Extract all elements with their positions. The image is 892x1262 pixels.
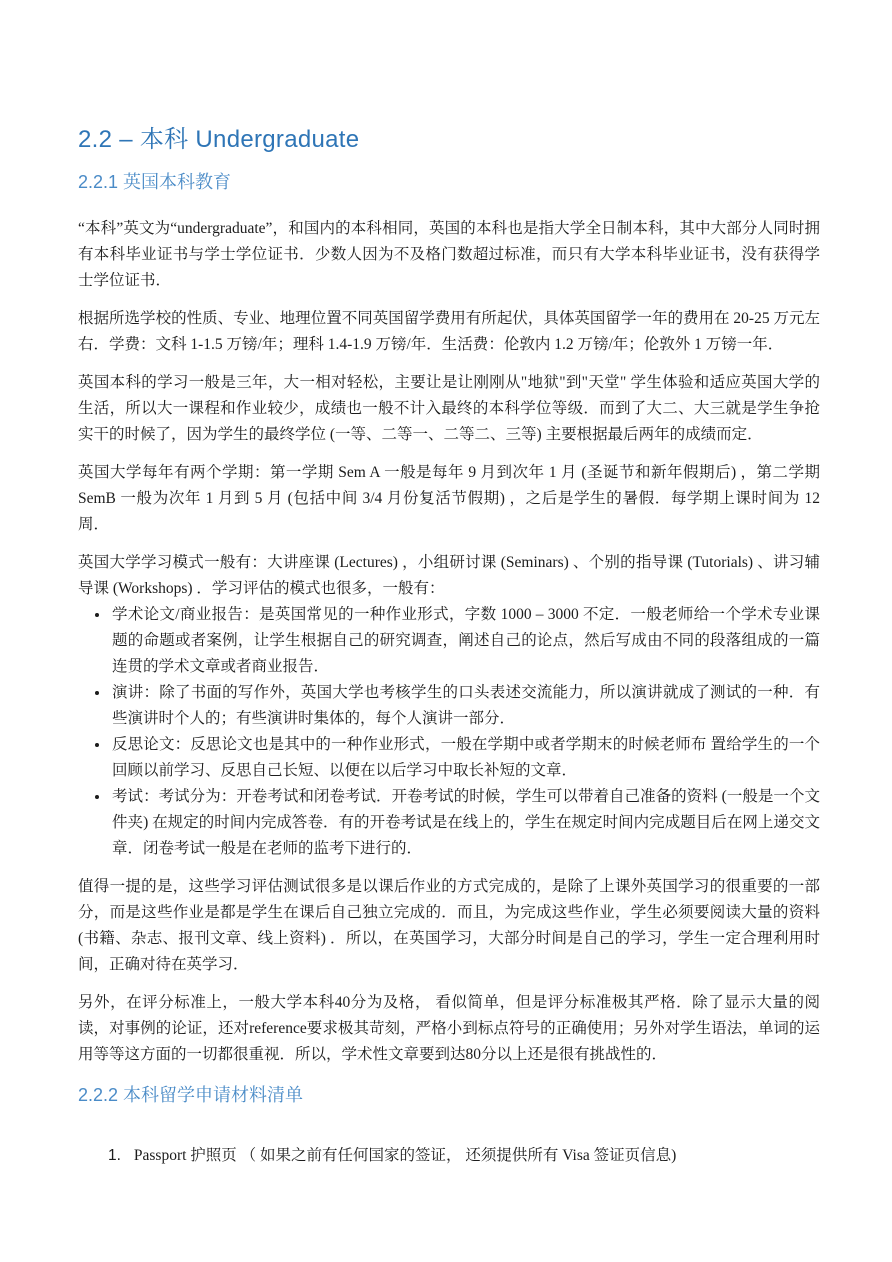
paragraph-semesters: 英国大学每年有两个学期：第一学期 Sem A 一般是每年 9 月到次年 1 月 …: [78, 460, 820, 538]
subsection-heading-materials: 2.2.2 本科留学申请材料清单: [78, 1084, 820, 1106]
bullet-academic-essay: 学术论文/商业报告：是英国常见的一种作业形式，字数 1000 – 3000 不定…: [110, 602, 820, 680]
bullet-reflective-essay: 反思论文：反思论文也是其中的一种作业形式，一般在学期中或者学期末的时候老师布 置…: [110, 732, 820, 784]
application-materials-list: 1. Passport 护照页 （ 如果之前有任何国家的签证， 还须提供所有 V…: [78, 1143, 820, 1169]
section-heading: 2.2 – 本科 Undergraduate: [78, 126, 820, 154]
materials-list-item: 1. Passport 护照页 （ 如果之前有任何国家的签证， 还须提供所有 V…: [108, 1143, 820, 1169]
paragraph-coursework-note: 值得一提的是，这些学习评估测试很多是以课后作业的方式完成的，是除了上课外英国学习…: [78, 874, 820, 978]
paragraph-teaching-modes-intro: 英国大学学习模式一般有：大讲座课 (Lectures) ，小组研讨课 (Semi…: [78, 550, 820, 602]
paragraph-undergraduate-definition: “本科”英文为“undergraduate”，和国内的本科相同，英国的本科也是指…: [78, 216, 820, 294]
bullet-exams: 考试：考试分为：开卷考试和闭卷考试．开卷考试的时候，学生可以带着自己准备的资料 …: [110, 784, 820, 862]
bullet-presentation: 演讲：除了书面的写作外，英国大学也考核学生的口头表述交流能力，所以演讲就成了测试…: [110, 680, 820, 732]
paragraph-grading-standards: 另外，在评分标准上，一般大学本科40分为及格， 看似简单，但是评分标准极其严格．…: [78, 990, 820, 1068]
materials-item-number: 1.: [108, 1143, 130, 1169]
document-page: 2.2 – 本科 Undergraduate 2.2.1 英国本科教育 “本科”…: [0, 0, 892, 1262]
paragraph-tuition-fees: 根据所选学校的性质、专业、地理位置不同英国留学费用有所起伏，具体英国留学一年的费…: [78, 306, 820, 358]
materials-item-text: Passport 护照页 （ 如果之前有任何国家的签证， 还须提供所有 Visa…: [134, 1147, 676, 1164]
paragraph-three-year-study: 英国本科的学习一般是三年，大一相对轻松，主要让是让刚刚从"地狱"到"天堂" 学生…: [78, 370, 820, 448]
subsection-heading-education: 2.2.1 英国本科教育: [78, 171, 820, 193]
assessment-methods-list: 学术论文/商业报告：是英国常见的一种作业形式，字数 1000 – 3000 不定…: [78, 602, 820, 862]
